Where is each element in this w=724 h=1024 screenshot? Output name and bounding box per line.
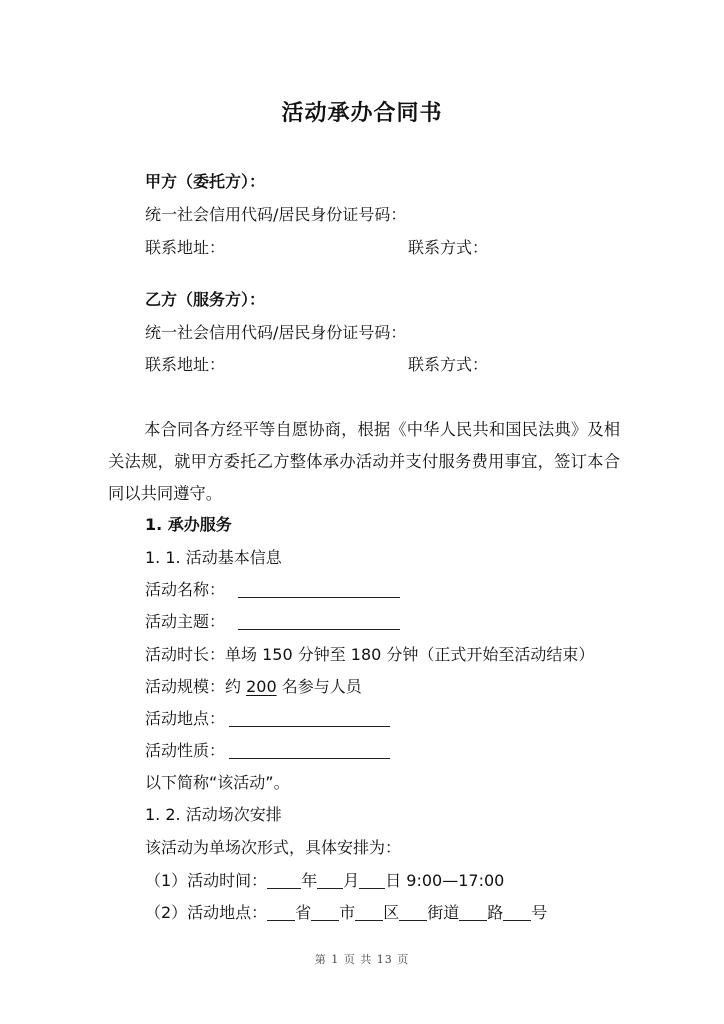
activity-location-blank	[229, 726, 390, 727]
road-blank	[459, 904, 487, 921]
activity-name-blank	[238, 597, 400, 598]
activity-scale-prefix: 活动规模：约	[145, 677, 246, 696]
party-b-credit-code-label: 统一社会信用代码/居民身份证号码：	[145, 323, 406, 343]
preamble-text: 本合同各方经平等自愿协商，根据《中华人民共和国民法典》及相关法规，就甲方委托乙方…	[108, 420, 620, 503]
party-b-heading: 乙方（服务方）：	[145, 290, 265, 310]
page-footer: 第 1 页 共 13 页	[0, 951, 724, 967]
city-label: 市	[339, 903, 355, 922]
activity-scale-suffix: 名参与人员	[277, 677, 362, 696]
activity-nature-label: 活动性质：	[145, 741, 225, 761]
road-label: 路	[487, 903, 503, 922]
document-page: 活动承办合同书 甲方（委托方）： 统一社会信用代码/居民身份证号码： 联系地址：…	[0, 0, 724, 1024]
party-a-credit-code-label: 统一社会信用代码/居民身份证号码：	[145, 205, 406, 225]
document-title: 活动承办合同书	[0, 96, 724, 127]
party-a-heading: 甲方（委托方）：	[145, 172, 265, 192]
street-label: 街道	[427, 903, 459, 922]
schedule-intro: 该活动为单场次形式，具体安排为：	[145, 838, 401, 858]
street-blank	[399, 904, 427, 921]
schedule-place-label: （2）活动地点：	[145, 903, 267, 922]
activity-scale-value: 200	[246, 677, 277, 696]
year-label: 年	[301, 871, 317, 890]
province-label: 省	[295, 903, 311, 922]
day-blank	[359, 872, 385, 889]
preamble-paragraph: 本合同各方经平等自愿协商，根据《中华人民共和国民法典》及相关法规，就甲方委托乙方…	[108, 414, 620, 510]
party-a-contact-label: 联系方式：	[408, 238, 488, 258]
month-blank	[317, 872, 343, 889]
city-blank	[311, 904, 339, 921]
activity-alias: 以下简称“该活动”。	[145, 773, 290, 793]
schedule-time-label: （1）活动时间：	[145, 871, 267, 890]
party-a-address-label: 联系地址：	[145, 238, 225, 258]
party-b-contact-label: 联系方式：	[408, 355, 488, 375]
district-blank	[355, 904, 383, 921]
number-label: 号	[531, 903, 547, 922]
schedule-time-item: （1）活动时间：年月日 9:00—17:00	[145, 871, 504, 891]
province-blank	[267, 904, 295, 921]
activity-name-label: 活动名称：	[145, 580, 225, 600]
activity-theme-label: 活动主题：	[145, 612, 225, 632]
party-b-address-label: 联系地址：	[145, 355, 225, 375]
section-1-1-heading: 1. 1. 活动基本信息	[145, 548, 282, 568]
day-time-label: 日 9:00—17:00	[385, 871, 504, 890]
activity-nature-blank	[229, 758, 390, 759]
year-blank	[267, 872, 301, 889]
month-label: 月	[343, 871, 359, 890]
activity-location-label: 活动地点：	[145, 709, 225, 729]
schedule-place-item: （2）活动地点：省市区街道路号	[145, 903, 547, 923]
activity-duration: 活动时长：单场 150 分钟至 180 分钟（正式开始至活动结束）	[145, 645, 594, 665]
activity-scale: 活动规模：约 200 名参与人员	[145, 677, 362, 697]
section-1-2-heading: 1. 2. 活动场次安排	[145, 805, 282, 825]
district-label: 区	[383, 903, 399, 922]
number-blank	[503, 904, 531, 921]
activity-theme-blank	[238, 629, 400, 630]
section-1-heading: 1. 承办服务	[145, 515, 232, 535]
